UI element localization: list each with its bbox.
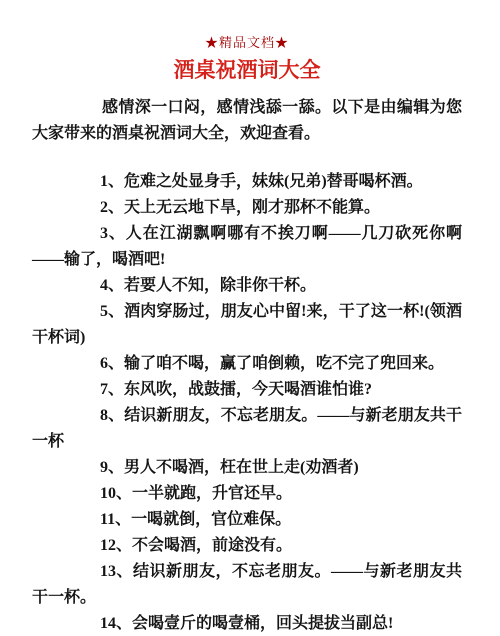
list-item: 14、会喝壹斤的喝壹桶，回头提拔当副总! (32, 611, 462, 636)
list-item: 12、不会喝酒，前途没有。 (32, 533, 462, 559)
list-item: 1、危难之处显身手，妹妹(兄弟)替哥喝杯酒。 (32, 169, 462, 195)
list-item: 8、结识新朋友，不忘老朋友。——与新老朋友共干一杯 (32, 403, 462, 455)
list-item: 4、若要人不知，除非你干杯。 (32, 273, 462, 299)
list-item: 7、东风吹，战鼓擂，今天喝酒谁怕谁? (32, 377, 462, 403)
list-item: 6、输了咱不喝，赢了咱倒赖，吃不完了兜回来。 (32, 351, 462, 377)
list-item: 2、天上无云地下旱，刚才那杯不能算。 (32, 195, 462, 221)
page-title: 酒桌祝酒词大全 (32, 58, 462, 82)
list-item: 3、人在江湖飘啊哪有不挨刀啊——几刀砍死你啊——输了，喝酒吧! (32, 221, 462, 273)
list-item: 9、男人不喝酒，枉在世上走(劝酒者) (32, 455, 462, 481)
intro-paragraph: 感情深一口闷，感情浅舔一舔。以下是由编辑为您大家带来的酒桌祝酒词大全，欢迎查看。 (32, 95, 462, 147)
list-item: 5、酒肉穿肠过，朋友心中留!来，干了这一杯!(领酒干杯词) (32, 299, 462, 351)
list-item: 10、一半就跑，升官还早。 (32, 481, 462, 507)
list-item: 11、一喝就倒，官位难保。 (32, 507, 462, 533)
list-item: 13、结识新朋友，不忘老朋友。——与新老朋友共干一杯。 (32, 559, 462, 611)
toast-list: 1、危难之处显身手，妹妹(兄弟)替哥喝杯酒。 2、天上无云地下旱，刚才那杯不能算… (32, 169, 462, 636)
watermark-header: ★精品文档★ (32, 36, 462, 50)
document-page: ★精品文档★ 酒桌祝酒词大全 感情深一口闷，感情浅舔一舔。以下是由编辑为您大家带… (0, 0, 500, 636)
